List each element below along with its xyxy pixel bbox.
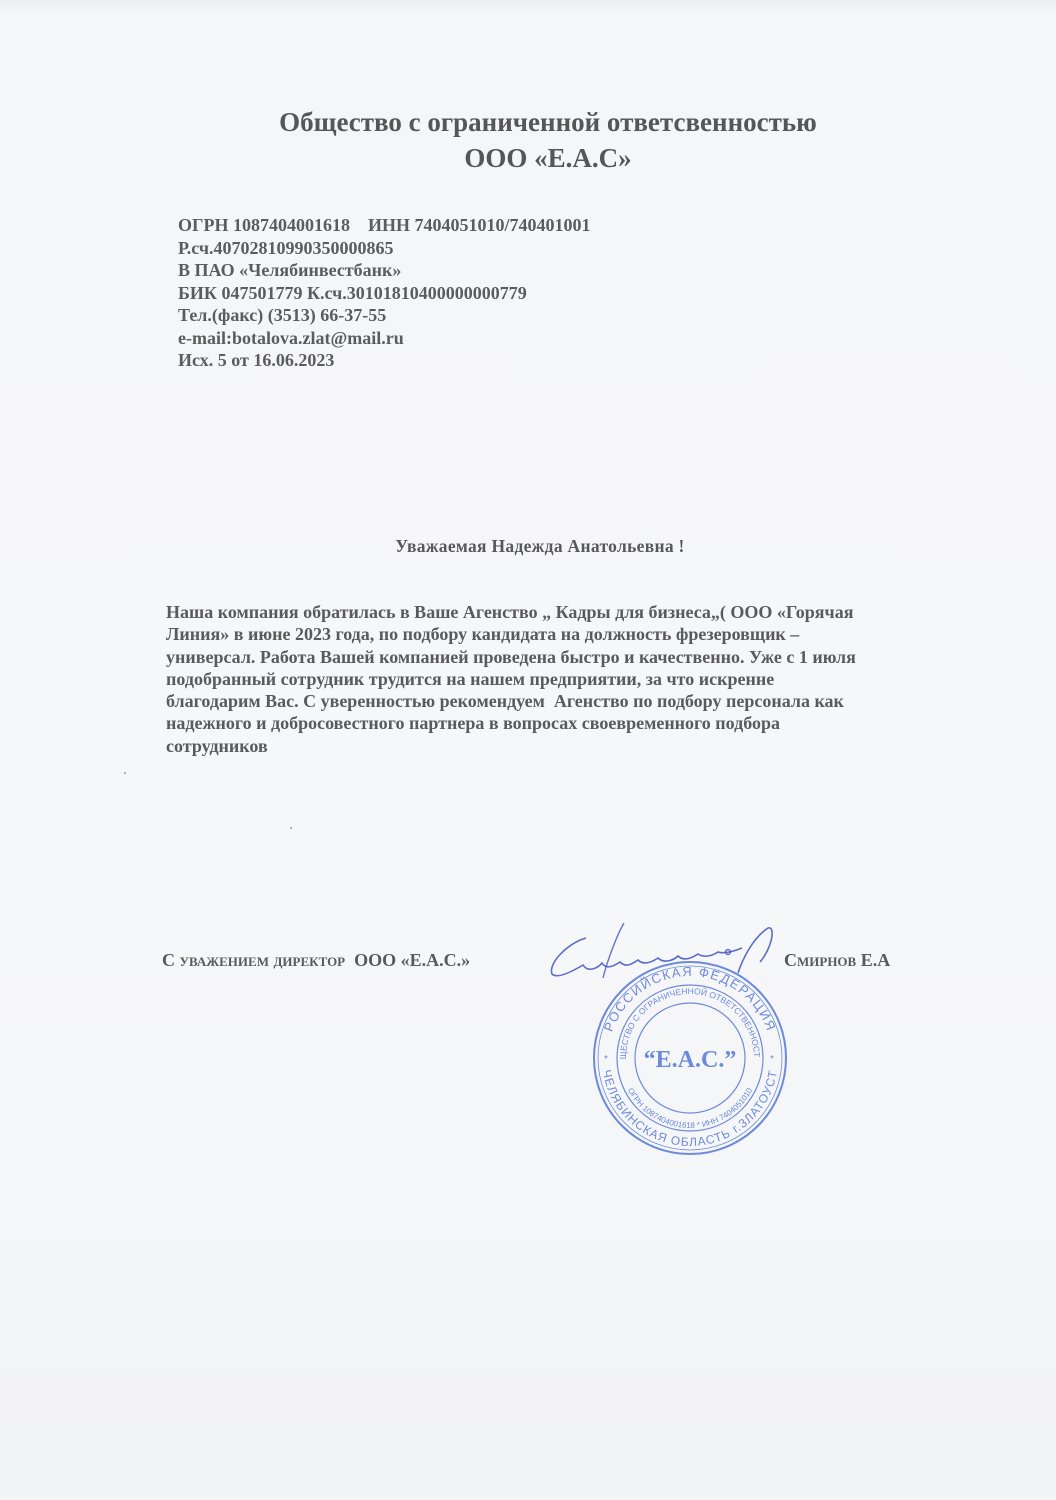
requisite-bik: БИК 047501779 К.сч.30101810400000000779 — [178, 282, 590, 305]
body-line: надежного и добросовестного партнера в в… — [166, 712, 1006, 734]
paper-speck — [124, 772, 126, 774]
closing-text: С уважением директор — [162, 950, 345, 970]
company-short-name: ООО «Е.А.С» — [0, 140, 1056, 176]
greeting: Уважаемая Надежда Анатольевна ! — [0, 536, 1056, 557]
requisite-email: e-mail:botalova.zlat@mail.ru — [178, 327, 590, 350]
company-stamp-icon: РОССИЙСКАЯ ФЕДЕРАЦИЯ ЧЕЛЯБИНСКАЯ ОБЛАСТЬ… — [590, 958, 790, 1158]
requisite-account: Р.сч.40702810990350000865 — [178, 237, 590, 260]
outgoing-number: Исх. 5 от 16.06.2023 — [178, 349, 590, 372]
requisite-phone: Тел.(факс) (3513) 66-37-55 — [178, 304, 590, 327]
body-line: Линия» в июне 2023 года, по подбору канд… — [166, 623, 1006, 645]
company-title: Общество с ограниченной ответсвенностью — [0, 104, 1056, 140]
paper-speck — [290, 827, 292, 829]
svg-text:*: * — [770, 1054, 774, 1065]
company-requisites: ОГРН 1087404001618 ИНН 7404051010/740401… — [178, 214, 590, 372]
signer-name: Смирнов Е.А — [784, 950, 890, 971]
body-line: Наша компания обратилась в Ваше Агенство… — [166, 601, 1006, 623]
body-line: универсал. Работа Вашей компанией провед… — [166, 646, 1006, 668]
requisite-bank: В ПАО «Челябинвестбанк» — [178, 259, 590, 282]
body-line: сотрудников — [166, 735, 1006, 757]
signature-closing: С уважением директор ООО «Е.А.С.» — [162, 950, 470, 971]
signature-company: ООО «Е.А.С.» — [345, 950, 470, 970]
signature-icon — [528, 918, 788, 988]
svg-text:ЧЕЛЯБИНСКАЯ ОБЛАСТЬ г.ЗЛАТОУСТ: ЧЕЛЯБИНСКАЯ ОБЛАСТЬ г.ЗЛАТОУСТ — [600, 1069, 780, 1150]
body-line: подобранный сотрудник трудится на нашем … — [166, 668, 1006, 690]
letter-body: Наша компания обратилась в Ваше Агенство… — [166, 601, 1006, 757]
requisite-ogrn-inn: ОГРН 1087404001618 ИНН 7404051010/740401… — [178, 214, 590, 237]
svg-text:*: * — [604, 1054, 608, 1065]
svg-text:“Е.А.С.”: “Е.А.С.” — [644, 1047, 737, 1073]
body-line: благодарим Вас. С уверенностью рекоменду… — [166, 690, 1006, 712]
